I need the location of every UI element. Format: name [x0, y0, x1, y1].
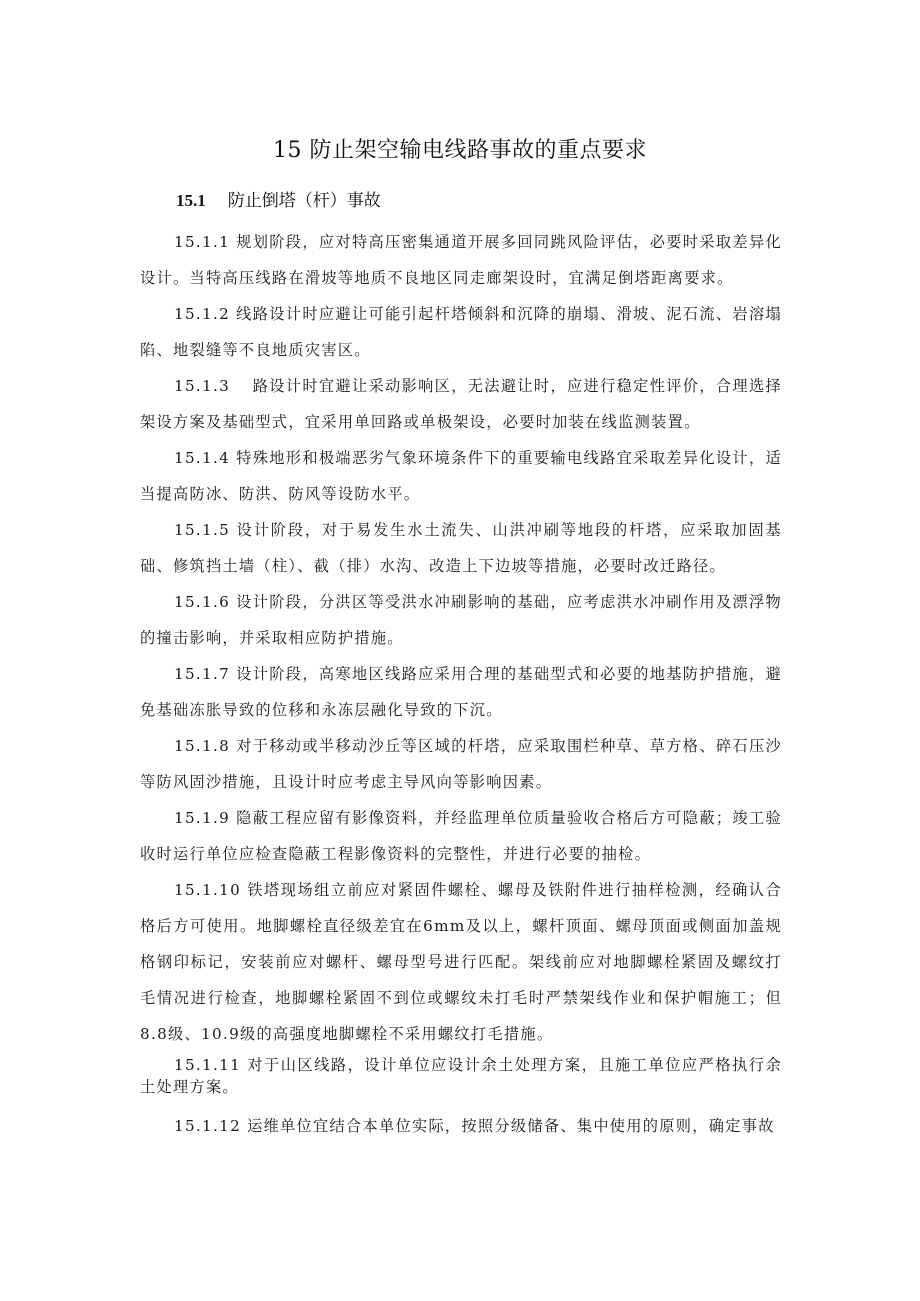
document-page: 15 防止架空输电线路事故的重点要求 15.1防止倒塔（杆）事故 15.1.1规…	[0, 0, 920, 1301]
paragraph-text: 设计阶段，分洪区等受洪水冲刷影响的基础，应考虑洪水冲刷作用及漂浮物的撞击影响，并…	[140, 593, 782, 647]
paragraph-number: 15.1.9	[174, 809, 230, 827]
paragraph-15-1-8: 15.1.8对于移动或半移动沙丘等区域的杆塔，应采取围栏种草、草方格、碎石压沙等…	[140, 728, 782, 800]
paragraph-15-1-9: 15.1.9隐蔽工程应留有影像资料，并经监理单位质量验收合格后方可隐蔽；竣工验收…	[140, 800, 782, 872]
paragraph-15-1-12: 15.1.12运维单位宜结合本单位实际，按照分级储备、集中使用的原则，确定事故	[140, 1108, 782, 1144]
section-heading: 15.1防止倒塔（杆）事故	[176, 186, 381, 211]
paragraph-number: 15.1.2	[174, 305, 230, 323]
paragraph-text: 对于移动或半移动沙丘等区域的杆塔，应采取围栏种草、草方格、碎石压沙等防风固沙措施…	[140, 737, 782, 791]
paragraph-number: 15.1.6	[174, 593, 230, 611]
paragraph-text: 路设计时宜避让采动影响区，无法避让时，应进行稳定性评价，合理选择架设方案及基础型…	[140, 377, 782, 431]
paragraph-15-1-1: 15.1.1规划阶段，应对特高压密集通道开展多回同跳风险评估，必要时采取差异化设…	[140, 224, 782, 296]
paragraph-number: 15.1.8	[174, 737, 230, 755]
section-title: 防止倒塔（杆）事故	[228, 191, 381, 211]
paragraph-number: 15.1.5	[174, 521, 230, 539]
paragraph-15-1-7: 15.1.7设计阶段，高寒地区线路应采用合理的基础型式和必要的地基防护措施，避免…	[140, 656, 782, 728]
paragraph-number: 15.1.11	[174, 1056, 241, 1074]
paragraph-15-1-10: 15.1.10铁塔现场组立前应对紧固件螺栓、螺母及铁附件进行抽样检测，经确认合格…	[140, 872, 782, 1052]
paragraph-number: 15.1.3	[174, 377, 230, 395]
paragraph-text: 设计阶段，高寒地区线路应采用合理的基础型式和必要的地基防护措施，避免基础冻胀导致…	[140, 665, 782, 719]
paragraph-text: 铁塔现场组立前应对紧固件螺栓、螺母及铁附件进行抽样检测，经确认合格后方可使用。地…	[140, 881, 782, 1043]
paragraph-number: 15.1.7	[174, 665, 230, 683]
paragraph-15-1-3: 15.1.3 路设计时宜避让采动影响区，无法避让时，应进行稳定性评价，合理选择架…	[140, 368, 782, 440]
paragraph-text: 运维单位宜结合本单位实际，按照分级储备、集中使用的原则，确定事故	[247, 1117, 775, 1135]
paragraph-text: 隐蔽工程应留有影像资料，并经监理单位质量验收合格后方可隐蔽；竣工验收时运行单位应…	[140, 809, 782, 863]
paragraph-number: 15.1.4	[174, 449, 230, 467]
paragraph-15-1-11: 15.1.11对于山区线路，设计单位应设计余土处理方案，且施工单位应严格执行余土…	[140, 1054, 782, 1098]
paragraph-15-1-6: 15.1.6设计阶段，分洪区等受洪水冲刷影响的基础，应考虑洪水冲刷作用及漂浮物的…	[140, 584, 782, 656]
paragraph-number: 15.1.1	[174, 233, 230, 251]
paragraph-number: 15.1.10	[174, 881, 241, 899]
paragraph-text: 特殊地形和极端恶劣气象环境条件下的重要输电线路宜采取差异化设计，适当提高防冰、防…	[140, 449, 782, 503]
paragraph-text: 规划阶段，应对特高压密集通道开展多回同跳风险评估，必要时采取差异化设计。当特高压…	[140, 233, 782, 287]
paragraph-15-1-4: 15.1.4特殊地形和极端恶劣气象环境条件下的重要输电线路宜采取差异化设计，适当…	[140, 440, 782, 512]
paragraph-15-1-2: 15.1.2线路设计时应避让可能引起杆塔倾斜和沉降的崩塌、滑坡、泥石流、岩溶塌陷…	[140, 296, 782, 368]
paragraph-text: 设计阶段，对于易发生水土流失、山洪冲刷等地段的杆塔，应采取加固基础、修筑挡土墙（…	[140, 521, 782, 575]
section-number: 15.1	[176, 191, 206, 210]
paragraph-15-1-5: 15.1.5设计阶段，对于易发生水土流失、山洪冲刷等地段的杆塔，应采取加固基础、…	[140, 512, 782, 584]
paragraph-number: 15.1.12	[174, 1117, 241, 1135]
paragraph-text: 线路设计时应避让可能引起杆塔倾斜和沉降的崩塌、滑坡、泥石流、岩溶塌陷、地裂缝等不…	[140, 305, 782, 359]
document-title: 15 防止架空输电线路事故的重点要求	[0, 133, 920, 164]
